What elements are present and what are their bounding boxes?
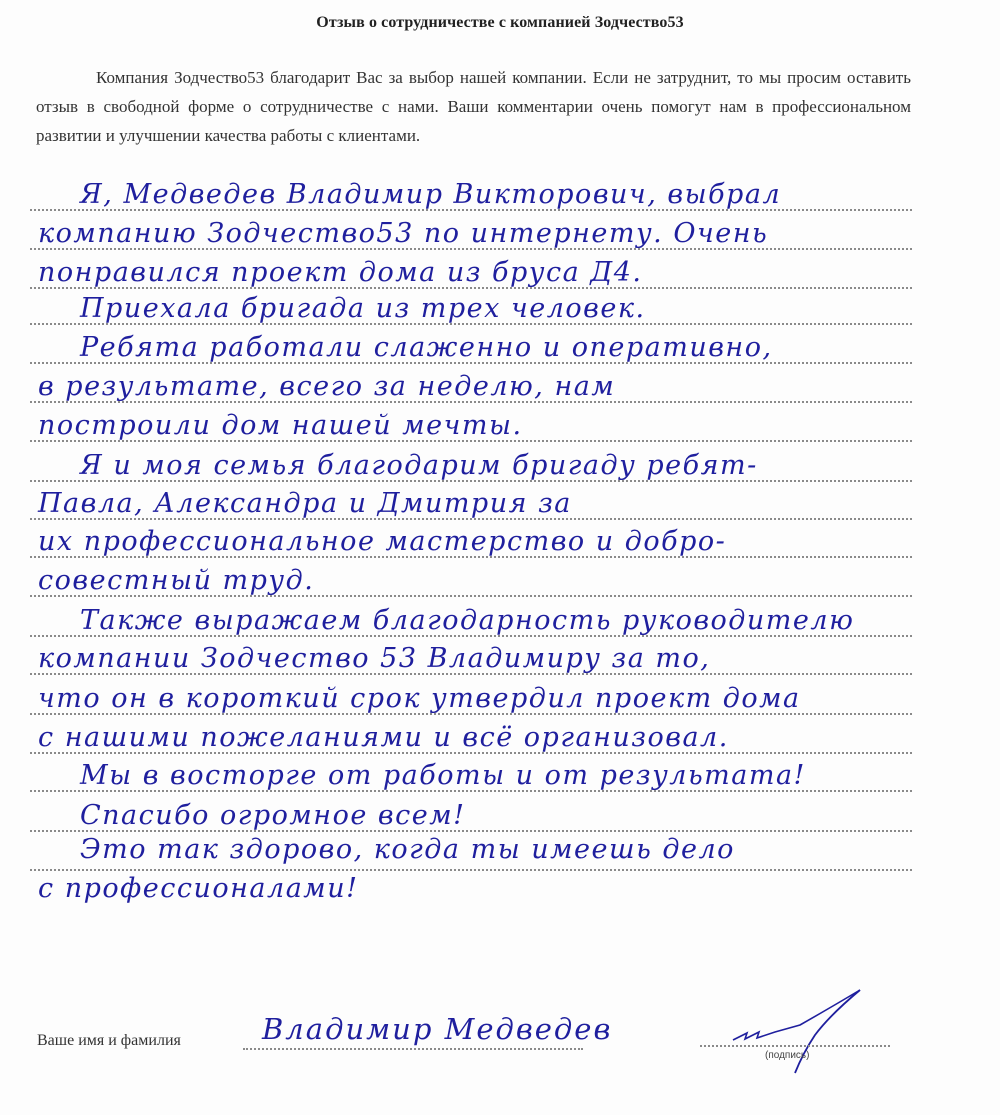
document-title: Отзыв о сотрудничестве с компанией Зодче… [0, 14, 1000, 32]
name-field-value: Владимир Медведев [262, 1012, 612, 1046]
handwritten-line: в результате, всего за неделю, нам [38, 372, 918, 402]
handwritten-line: Мы в восторге от работы и от результата! [38, 761, 960, 791]
signature-caption: (подпись) [765, 1050, 809, 1061]
name-field-line [243, 1048, 583, 1050]
handwritten-line: Павла, Александра и Дмитрия за [38, 489, 918, 519]
rule-line [30, 869, 912, 871]
handwritten-line: Я, Медведев Владимир Викторович, выбрал [38, 180, 960, 210]
handwritten-line: понравился проект дома из бруса Д4. [38, 258, 918, 288]
handwritten-line: совестный труд. [38, 566, 918, 596]
signature-line [700, 1045, 890, 1047]
review-form-page: Отзыв о сотрудничестве с компанией Зодче… [0, 0, 1000, 1115]
handwritten-line: Я и моя семья благодарим бригаду ребят- [38, 451, 960, 481]
handwritten-line: Приехала бригада из трех человек. [38, 294, 960, 324]
signature-mark [725, 985, 875, 1075]
handwritten-line: Также выражаем благодарность руководител… [38, 606, 960, 636]
handwritten-line: построили дом нашей мечты. [38, 411, 918, 441]
handwritten-line: компании Зодчество 53 Владимиру за то, [38, 644, 918, 674]
name-field-label: Ваше имя и фамилия [37, 1032, 181, 1050]
handwritten-line: что он в короткий срок утвердил проект д… [38, 684, 918, 714]
handwritten-line: с нашими пожеланиями и всё организовал. [38, 723, 918, 753]
intro-paragraph: Компания Зодчество53 благодарит Вас за в… [36, 63, 911, 150]
handwritten-line: их профессиональное мастерство и добро- [38, 527, 918, 557]
intro-text: Компания Зодчество53 благодарит Вас за в… [36, 68, 911, 145]
handwritten-line: Это так здорово, когда ты имеешь дело [38, 835, 960, 865]
handwritten-line: Ребята работали слаженно и оперативно, [38, 333, 960, 363]
handwritten-line: Спасибо огромное всем! [38, 801, 960, 831]
handwritten-line: компанию Зодчество53 по интернету. Очень [38, 219, 918, 249]
handwritten-line: с профессионалами! [38, 874, 918, 904]
